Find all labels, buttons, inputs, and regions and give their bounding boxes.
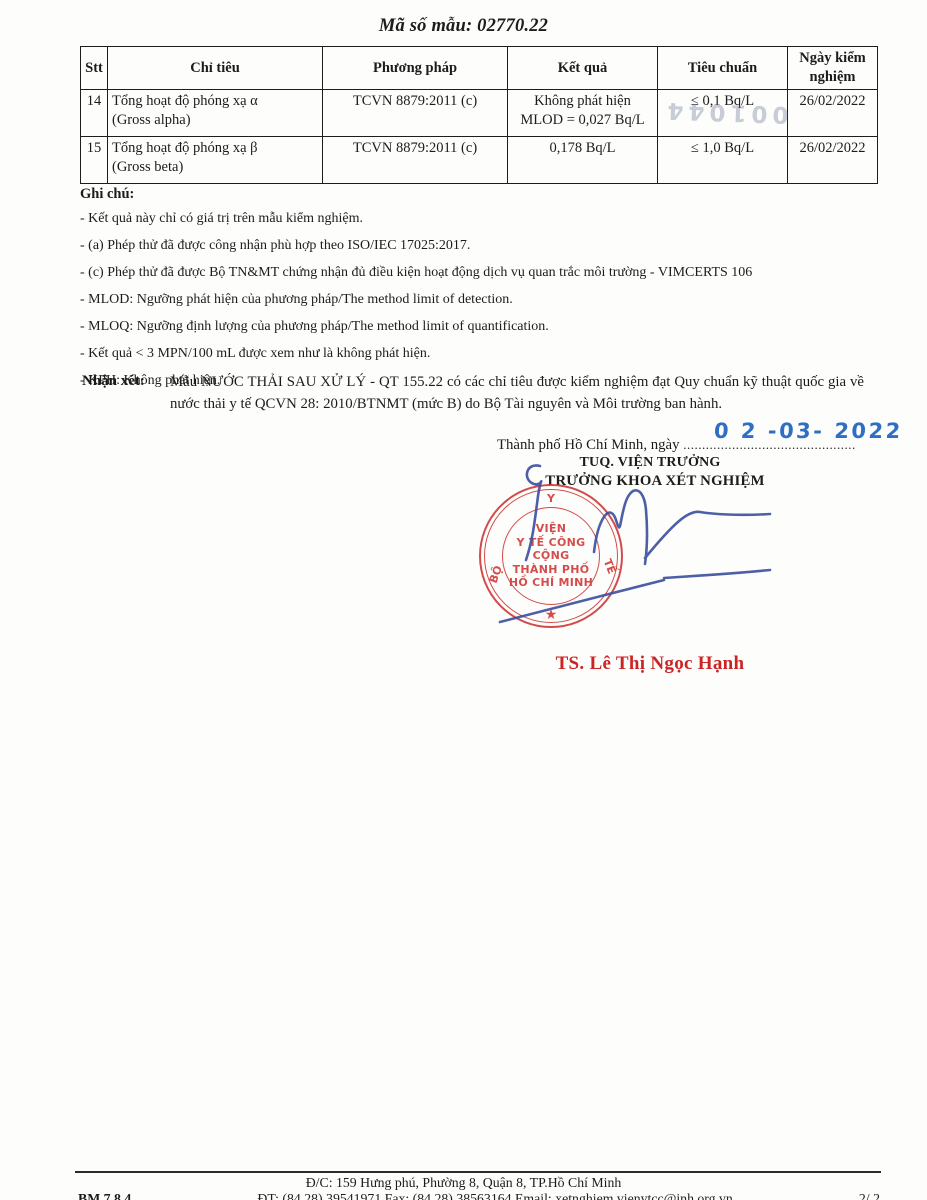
header-stt: Stt [81,47,108,90]
seal-line: HỒ CHÍ MINH [509,576,593,590]
footer-bottom-line: BM 7.8.4 ĐT: (84.28) 39541971 Fax: (84.2… [78,1191,880,1200]
notes-section: Ghi chú: - Kết quả này chỉ có giá trị tr… [80,186,880,401]
results-table: Stt Chỉ tiêu Phương pháp Kết quả Tiêu ch… [80,46,878,184]
note-line: - (c) Phép thử đã được Bộ TN&MT chứng nh… [80,266,880,281]
row-standard: ≤ 0,1 Bq/L [658,90,788,137]
table-row: 14 Tổng hoạt độ phóng xạ α (Gross alpha)… [81,90,878,137]
parameter-name: Tổng hoạt độ phóng xạ β [112,139,318,158]
row-standard: ≤ 1,0 Bq/L [658,137,788,184]
row-result: 0,178 Bq/L [508,137,658,184]
row-method: TCVN 8879:2011 (c) [323,137,508,184]
seal-center-text: VIỆN Y TẾ CÔNG CỘNG THÀNH PHỐ HỒ CHÍ MIN… [503,508,599,604]
footer-page-number: 2/ 2 [859,1191,880,1200]
header-tieu-chuan: Tiêu chuẩn [658,47,788,90]
blue-date-stamp: 0 2 -03- 2022 [713,419,903,443]
signer-title-line-1: TUQ. VIỆN TRƯỞNG [460,455,840,471]
remark-text: Mẫu NƯỚC THẢI SAU XỬ LÝ - QT 155.22 có c… [170,371,864,415]
row-result: Không phát hiện MLOD = 0,027 Bq/L [508,90,658,137]
table-header-row: Stt Chỉ tiêu Phương pháp Kết quả Tiêu ch… [81,47,878,90]
row-stt: 15 [81,137,108,184]
note-line: - MLOD: Ngưỡng phát hiện của phương pháp… [80,293,880,308]
notes-title: Ghi chú: [80,186,880,203]
row-date: 26/02/2022 [788,90,878,137]
footer-contact: ĐT: (84.28) 39541971 Fax: (84.28) 385631… [257,1191,732,1200]
result-main: Không phát hiện [512,92,653,111]
row-method: TCVN 8879:2011 (c) [323,90,508,137]
row-parameter: Tổng hoạt độ phóng xạ α (Gross alpha) [108,90,323,137]
footer-form-code: BM 7.8.4 [78,1191,131,1200]
parameter-subname: (Gross beta) [112,158,318,177]
row-parameter: Tổng hoạt độ phóng xạ β (Gross beta) [108,137,323,184]
row-date: 26/02/2022 [788,137,878,184]
remark-label: Nhận xét: [82,373,145,390]
place-date-text: Thành phố Hồ Chí Minh, ngày [497,437,683,453]
footer-address: Đ/C: 159 Hưng phú, Phường 8, Quận 8, TP.… [0,1175,927,1191]
sample-code-title: Mã số mẫu: 02770.22 [0,16,927,37]
table-row: 15 Tổng hoạt độ phóng xạ β (Gross beta) … [81,137,878,184]
footer-divider [75,1171,881,1173]
row-stt: 14 [81,90,108,137]
result-main: 0,178 Bq/L [512,139,653,158]
seal-line: THÀNH PHỐ [513,563,590,577]
note-line: - (a) Phép thử đã được công nhận phù hợp… [80,239,880,254]
signer-name: TS. Lê Thị Ngọc Hạnh [470,653,830,675]
parameter-subname: (Gross alpha) [112,111,318,130]
header-ngay-kiem-nghiem: Ngày kiểm nghiệm [788,47,878,90]
note-line: - MLOQ: Ngưỡng định lượng của phương phá… [80,320,880,335]
seal-ring-text-top: Y [547,492,555,505]
scanned-report-page: Mã số mẫu: 02770.22 Stt Chỉ tiêu Phương … [0,0,927,1200]
seal-star-icon: ★ [545,607,558,623]
header-phuong-phap: Phương pháp [323,47,508,90]
note-line: - Kết quả này chỉ có giá trị trên mẫu ki… [80,212,880,227]
seal-line: Y TẾ CÔNG CỘNG [503,536,599,563]
result-sub: MLOD = 0,027 Bq/L [512,111,653,130]
note-line: - Kết quả < 3 MPN/100 mL được xem như là… [80,347,880,362]
seal-line: VIỆN [536,522,567,536]
parameter-name: Tổng hoạt độ phóng xạ α [112,92,318,111]
header-chi-tieu: Chỉ tiêu [108,47,323,90]
header-ket-qua: Kết quả [508,47,658,90]
official-red-seal: Y BỘ TẾ ★ VIỆN Y TẾ CÔNG CỘNG THÀNH PHỐ … [479,484,623,628]
